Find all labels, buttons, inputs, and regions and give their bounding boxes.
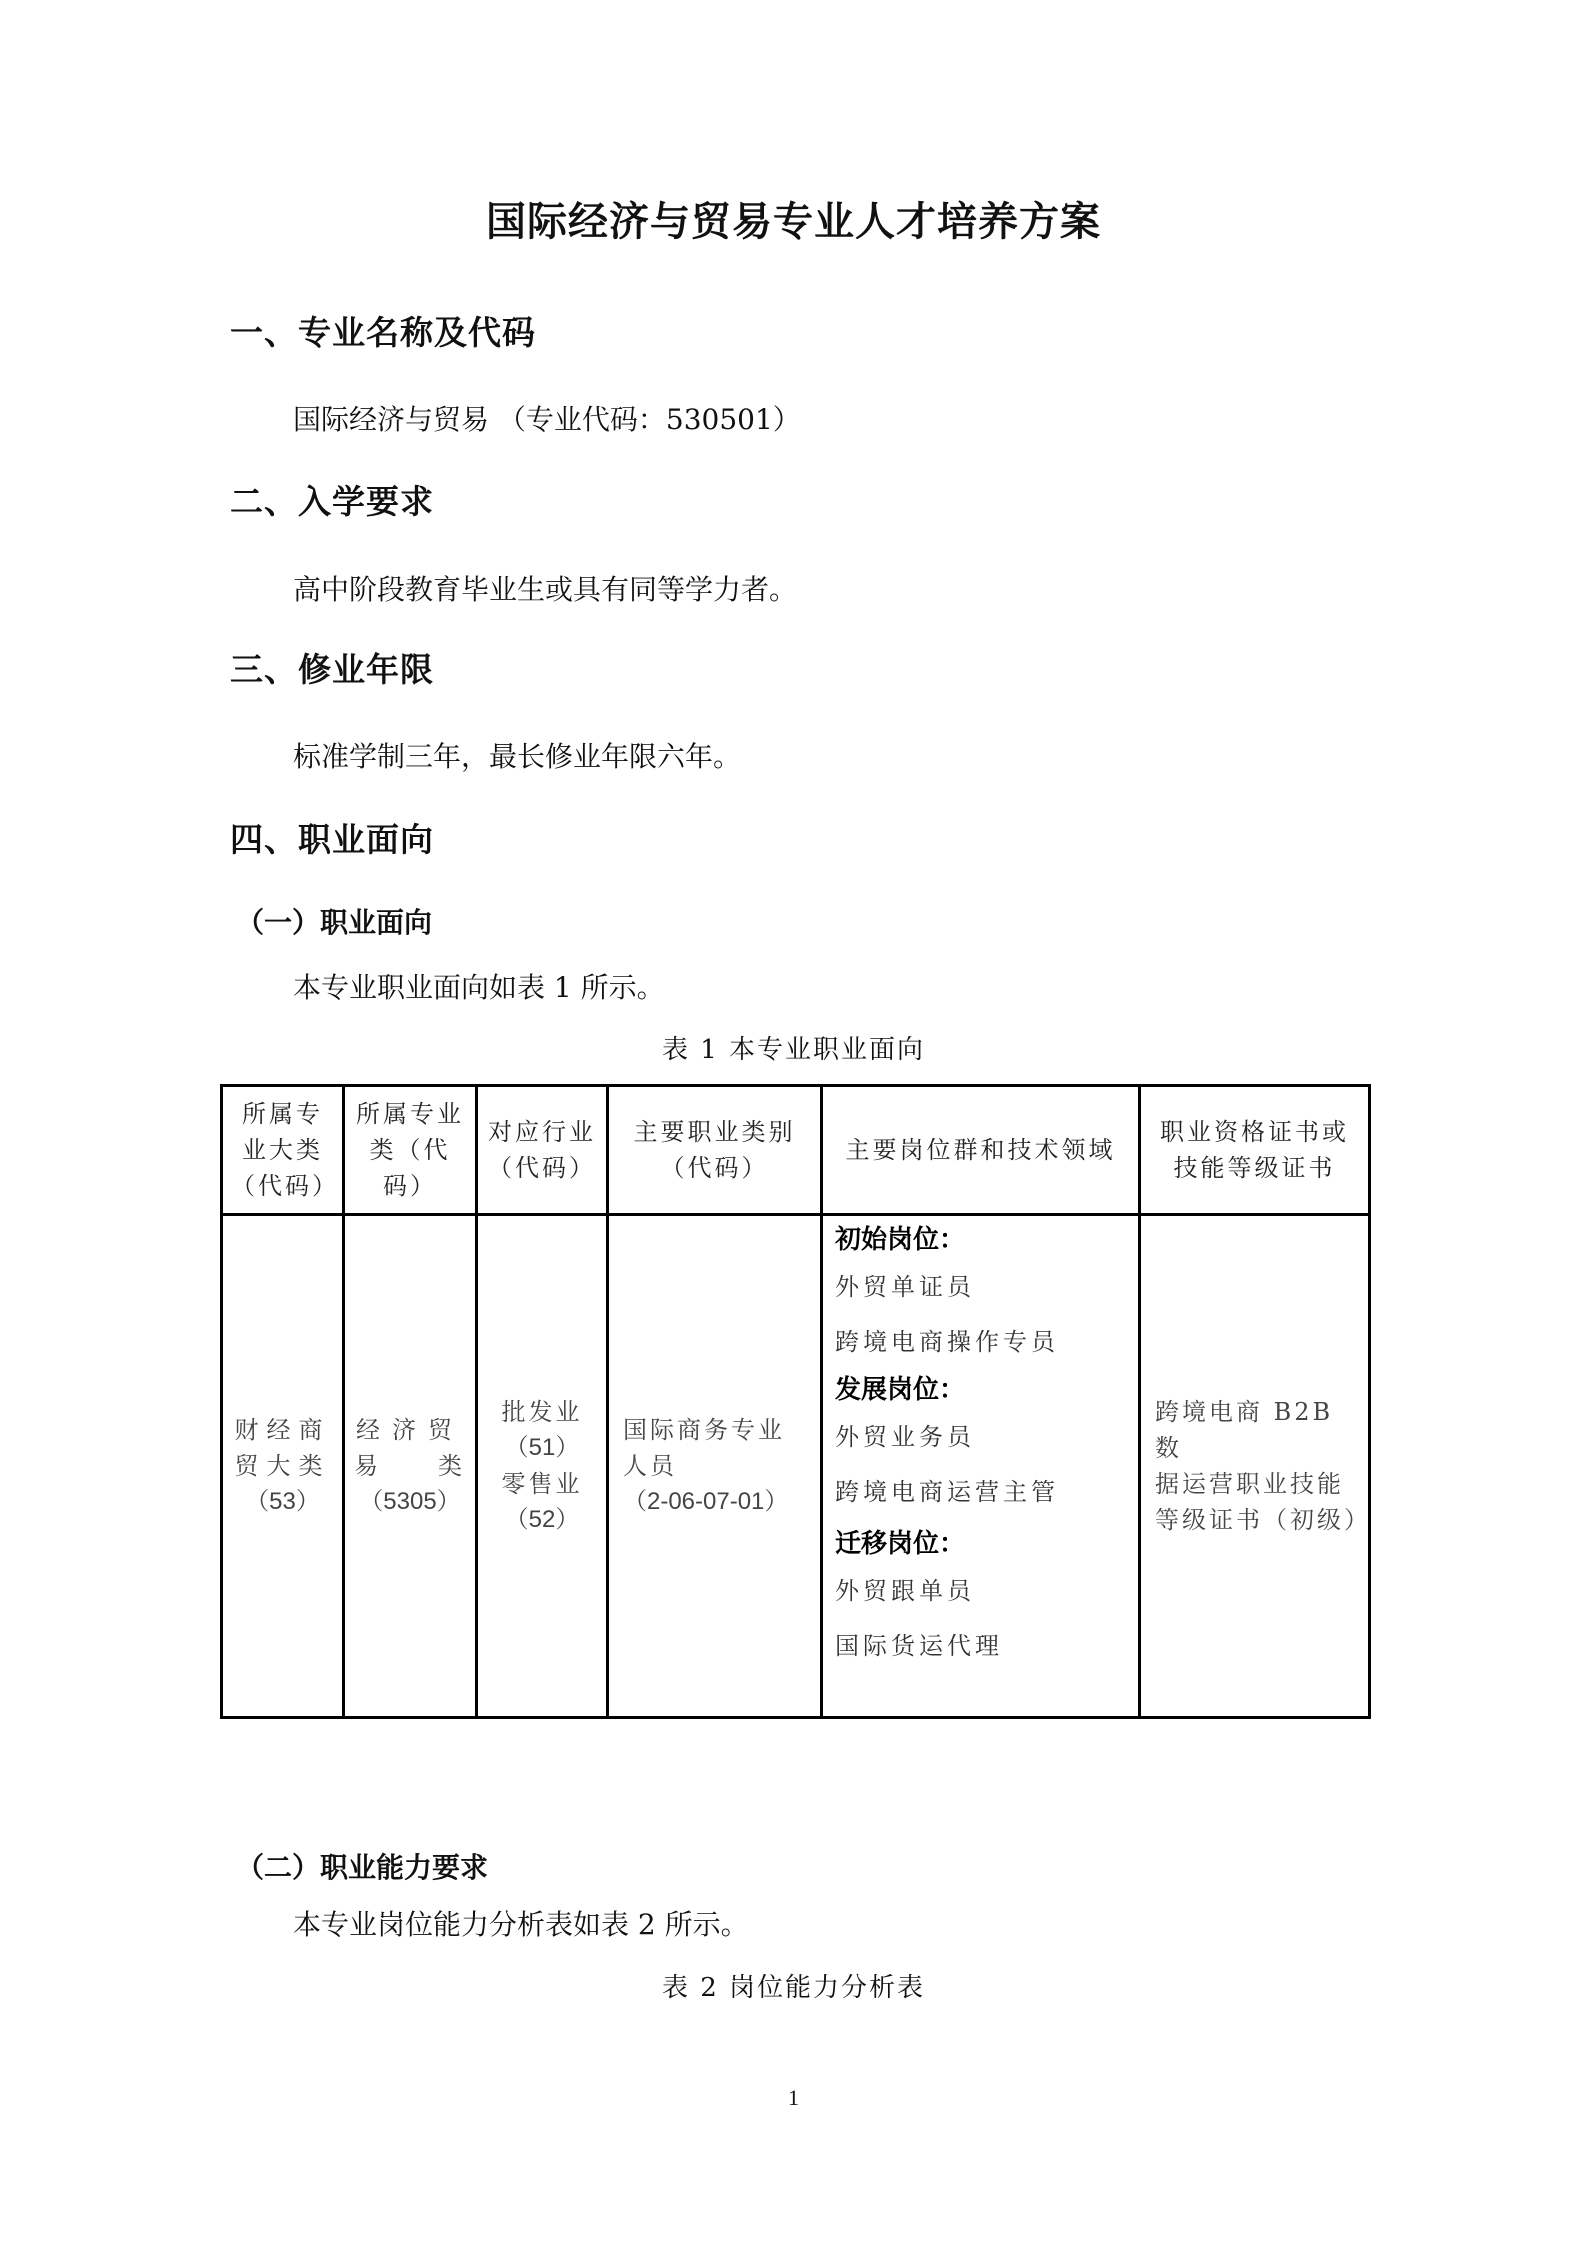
cell-industry: 批发业 （51） 零售业 （52）	[477, 1215, 608, 1718]
subsection-body-2: 本专业岗位能力分析表如表 2 所示。	[293, 1905, 749, 1945]
section-heading-3: 三、修业年限	[230, 648, 434, 692]
header-text: 所属专	[231, 1096, 334, 1132]
position-item: 国际货运代理	[835, 1619, 1126, 1674]
position-item: 跨境电商运营主管	[835, 1465, 1126, 1520]
header-text: 主要岗位群和技术领域	[831, 1132, 1130, 1168]
section-heading-2: 二、入学要求	[230, 480, 434, 524]
cell-text: （2-06-07-01）	[623, 1484, 812, 1520]
subsection-heading-2: （二）职业能力要求	[236, 1848, 488, 1888]
table-header-row: 所属专 业大类 （代码） 所属专业 类（代码） 对应行业 （代码） 主要职业类别…	[222, 1086, 1370, 1215]
position-group-development: 发展岗位： 外贸业务员 跨境电商运营主管	[835, 1370, 1126, 1520]
position-group-label: 初始岗位：	[835, 1220, 1126, 1260]
header-major-category: 所属专 业大类 （代码）	[222, 1086, 344, 1215]
position-item: 外贸单证员	[835, 1260, 1126, 1315]
table-caption-1: 表 1 本专业职业面向	[0, 1032, 1587, 1068]
position-group-transfer: 迁移岗位： 外贸跟单员 国际货运代理	[835, 1524, 1126, 1674]
header-text: 所属专业	[353, 1096, 467, 1132]
cell-text: 跨境电商 B2B 数	[1155, 1394, 1360, 1466]
position-item: 外贸跟单员	[835, 1564, 1126, 1619]
section-body-3: 标准学制三年，最长修业年限六年。	[293, 737, 741, 777]
header-industry: 对应行业 （代码）	[477, 1086, 608, 1215]
header-text: 主要职业类别	[617, 1114, 812, 1150]
cell-major-class: 经济贸 易 类 （5305）	[344, 1215, 477, 1718]
section-body-2: 高中阶段教育毕业生或具有同等学力者。	[293, 570, 797, 610]
cell-text: （51）	[486, 1430, 598, 1466]
cell-text: （52）	[486, 1502, 598, 1538]
cell-text: 贸大类	[231, 1448, 334, 1484]
header-text: 技能等级证书	[1149, 1150, 1360, 1186]
cell-text: 国际商务专业	[623, 1412, 812, 1448]
subsection-body-1: 本专业职业面向如表 1 所示。	[293, 968, 665, 1008]
header-text: （代码）	[486, 1150, 598, 1186]
header-text: （代码）	[231, 1168, 334, 1204]
cell-text: 人员	[623, 1448, 812, 1484]
header-major-class: 所属专业 类（代码）	[344, 1086, 477, 1215]
cell-text: 经济贸	[353, 1412, 467, 1448]
cell-positions: 初始岗位： 外贸单证员 跨境电商操作专员 发展岗位： 外贸业务员 跨境电商运营主…	[822, 1215, 1140, 1718]
position-group-initial: 初始岗位： 外贸单证员 跨境电商操作专员	[835, 1220, 1126, 1370]
header-positions: 主要岗位群和技术领域	[822, 1086, 1140, 1215]
table-caption-2: 表 2 岗位能力分析表	[0, 1970, 1587, 2006]
cell-text: 据运营职业技能	[1155, 1466, 1360, 1502]
position-item: 外贸业务员	[835, 1410, 1126, 1465]
page-number: 1	[0, 2082, 1587, 2114]
header-occupation: 主要职业类别 （代码）	[608, 1086, 822, 1215]
cell-text: 易 类	[353, 1448, 467, 1484]
cell-major-category: 财经商 贸大类 （53）	[222, 1215, 344, 1718]
cell-text: （53）	[231, 1484, 334, 1520]
subsection-heading-1: （一）职业面向	[236, 903, 432, 943]
document-title: 国际经济与贸易专业人才培养方案	[0, 196, 1587, 248]
header-text: 职业资格证书或	[1149, 1114, 1360, 1150]
section-heading-1: 一、专业名称及代码	[230, 311, 536, 355]
position-group-label: 迁移岗位：	[835, 1524, 1126, 1564]
position-group-label: 发展岗位：	[835, 1370, 1126, 1410]
cell-certificate: 跨境电商 B2B 数 据运营职业技能 等级证书（初级）	[1140, 1215, 1370, 1718]
cell-text: 等级证书（初级）	[1155, 1502, 1360, 1538]
header-text: （代码）	[617, 1150, 812, 1186]
position-item: 跨境电商操作专员	[835, 1315, 1126, 1370]
cell-text: 零售业	[486, 1466, 598, 1502]
cell-text: 批发业	[486, 1394, 598, 1430]
header-certificate: 职业资格证书或 技能等级证书	[1140, 1086, 1370, 1215]
section-body-1: 国际经济与贸易 （专业代码：530501）	[293, 400, 801, 440]
occupation-table: 所属专 业大类 （代码） 所属专业 类（代码） 对应行业 （代码） 主要职业类别…	[220, 1084, 1371, 1719]
cell-occupation: 国际商务专业 人员 （2-06-07-01）	[608, 1215, 822, 1718]
header-text: 类（代码）	[353, 1132, 467, 1204]
table-row: 财经商 贸大类 （53） 经济贸 易 类 （5305） 批发业 （51） 零售业…	[222, 1215, 1370, 1718]
section-heading-4: 四、职业面向	[230, 818, 434, 862]
header-text: 对应行业	[486, 1114, 598, 1150]
cell-text: 财经商	[231, 1412, 334, 1448]
header-text: 业大类	[231, 1132, 334, 1168]
cell-text: （5305）	[353, 1484, 467, 1520]
